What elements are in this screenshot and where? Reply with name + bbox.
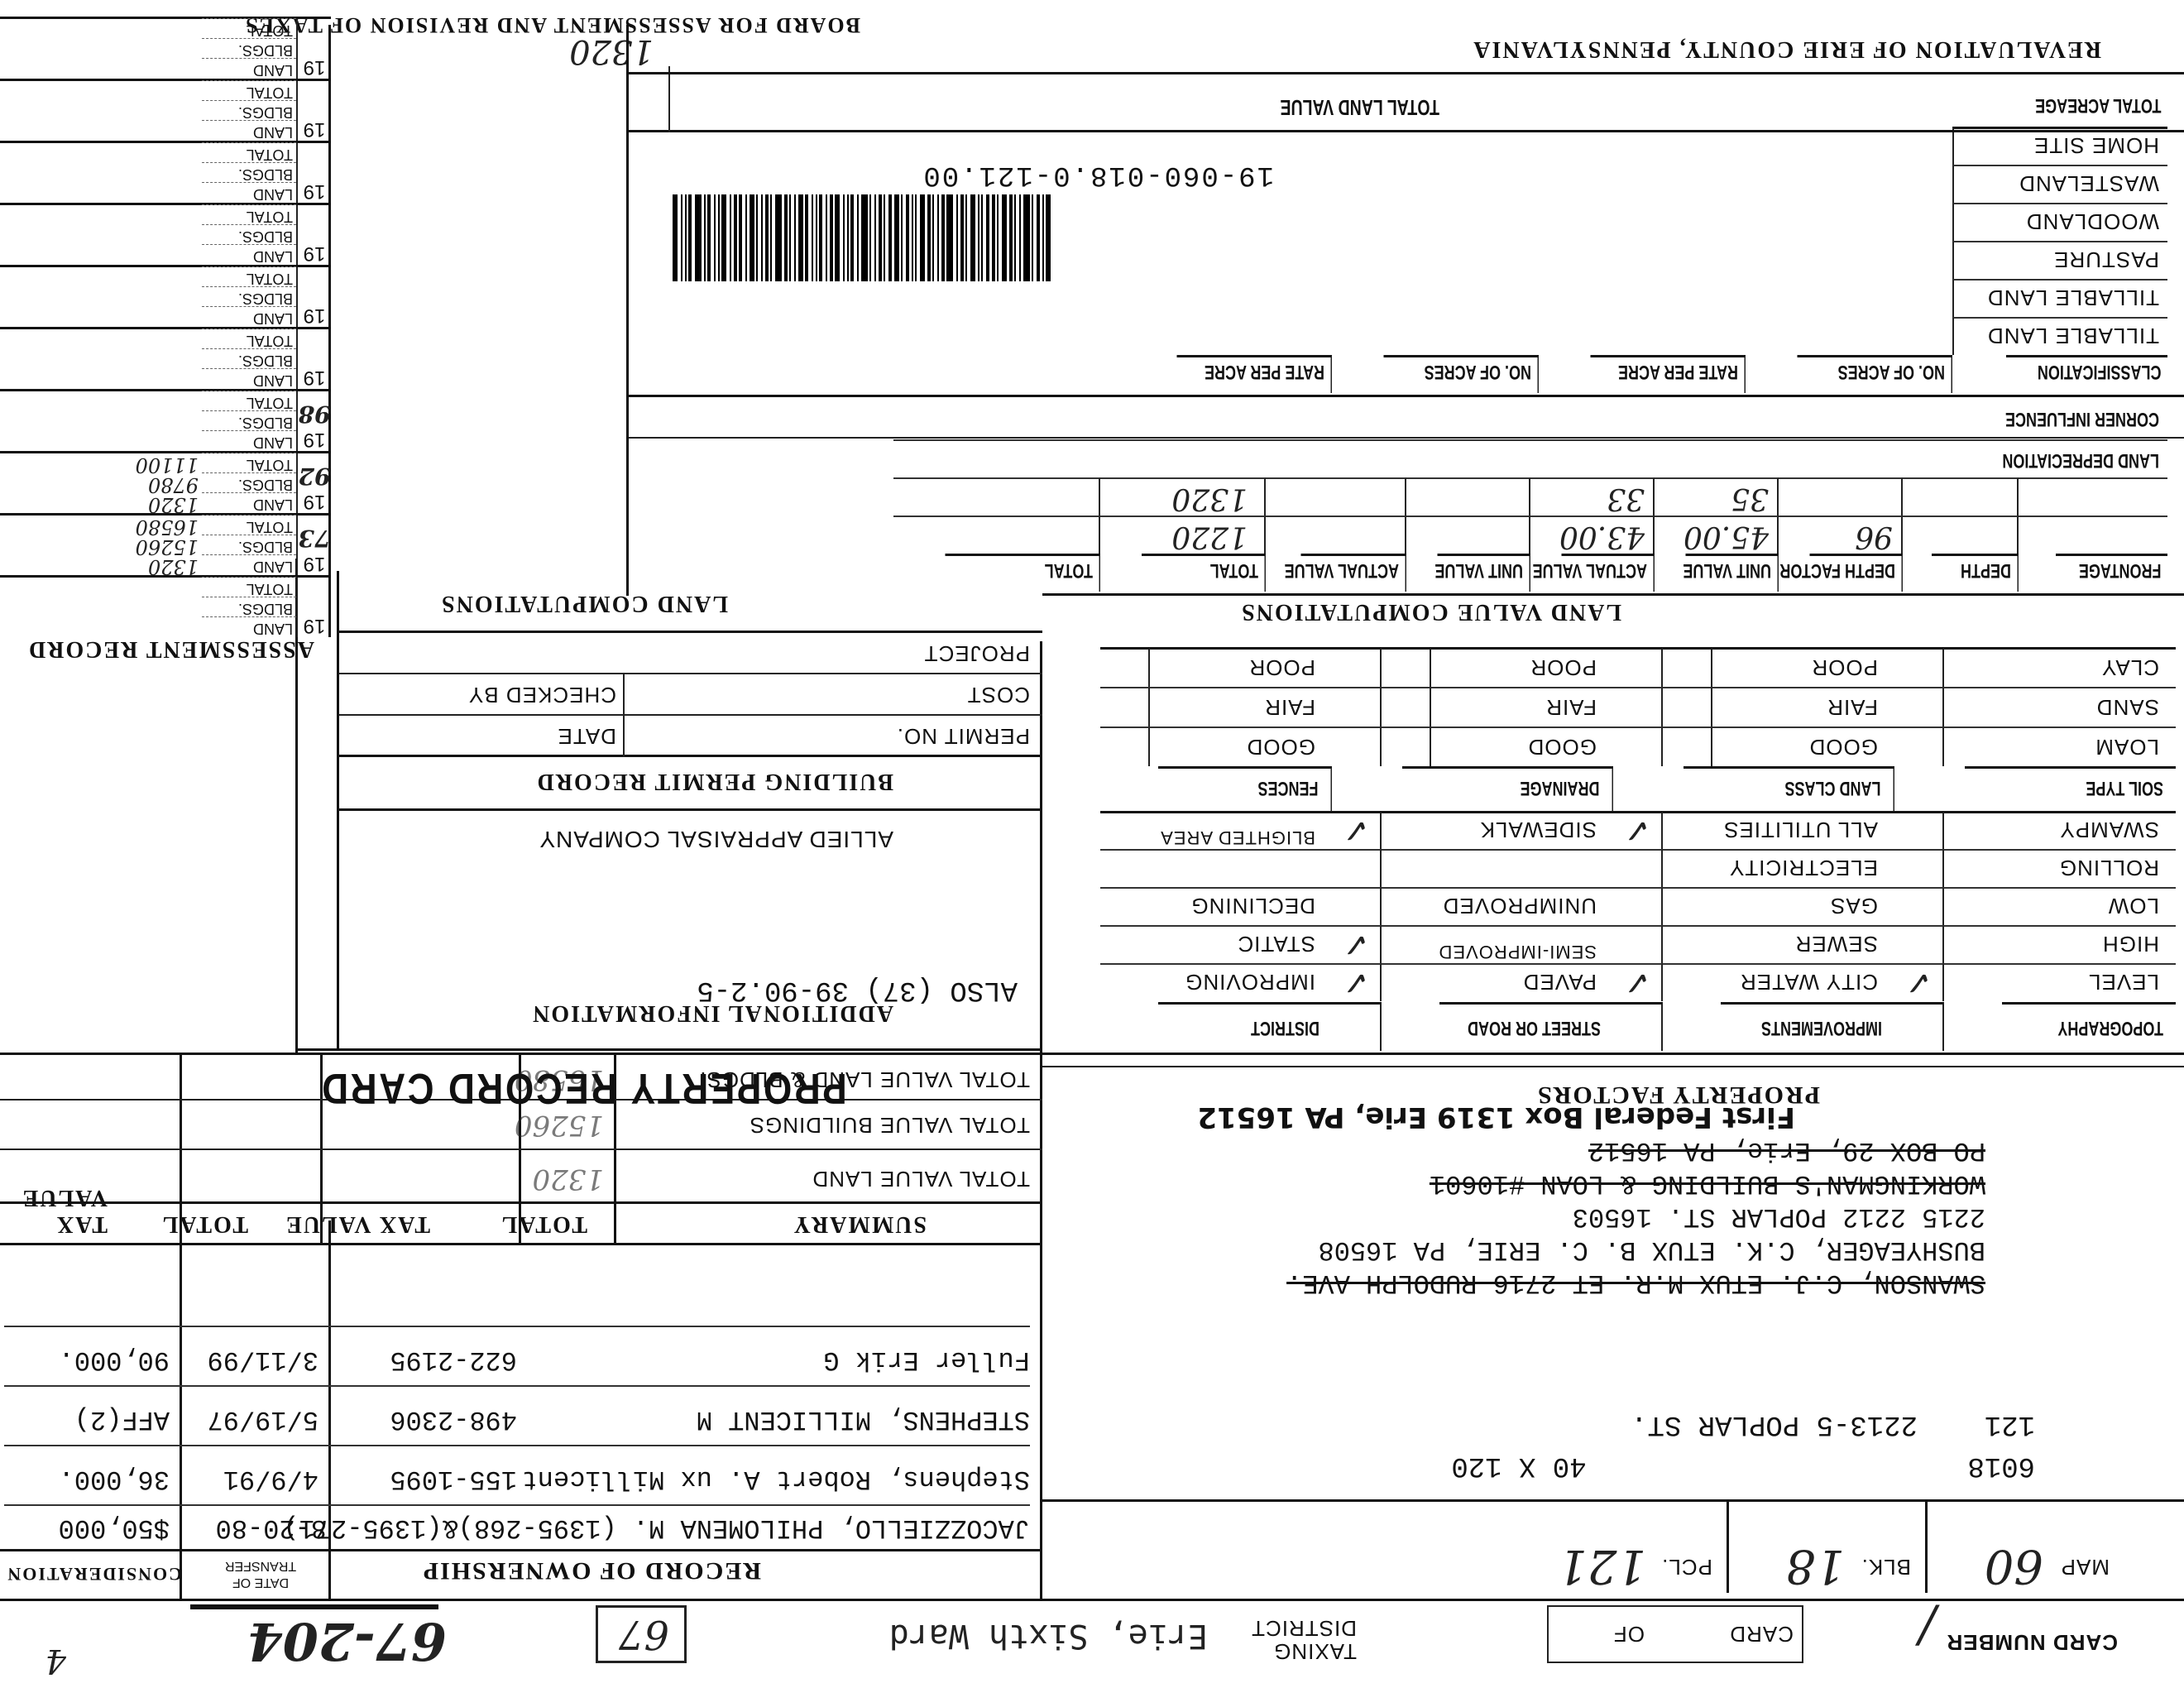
soil-col-fences: FENCES bbox=[1158, 766, 1332, 811]
assessment-block: 19LANDBLDGS.TOTAL bbox=[0, 265, 331, 327]
map-label: MAP bbox=[2061, 1554, 2110, 1580]
assessment-row: TOTAL bbox=[202, 18, 296, 39]
soil-cell: POOR bbox=[1431, 647, 1613, 687]
assessment-row-label: TOTAL bbox=[247, 457, 293, 473]
deed-book: 155-1095 bbox=[390, 1464, 517, 1494]
taxing-district-value: Erie, Sixth Ward bbox=[889, 1617, 1208, 1655]
checkbox-fence-fair[interactable] bbox=[1100, 687, 1150, 727]
soil-cell: FAIR bbox=[1150, 687, 1332, 727]
assessment-row-label: BLDGS. bbox=[238, 104, 293, 121]
assessment-row: BLDGS. bbox=[202, 597, 296, 617]
ref-number-suffix: 4 bbox=[45, 1642, 66, 1680]
assessment-row: LAND bbox=[202, 554, 296, 575]
pf-cell: ROLLING bbox=[1944, 849, 2176, 887]
property-record-card: CARD NUMBER / CARD OF TAXING DISTRICT Er… bbox=[0, 0, 2184, 1688]
year-prefix: 19 bbox=[304, 491, 326, 513]
pf-cell: DECLINING bbox=[1100, 887, 1332, 925]
assessment-value[interactable]: 11100 bbox=[136, 453, 199, 477]
card-of-box[interactable]: CARD OF bbox=[1547, 1605, 1803, 1663]
class-row: WASTELAND bbox=[1952, 165, 2167, 203]
assessment-value[interactable]: 1320 bbox=[148, 493, 199, 516]
checkbox-blank[interactable] bbox=[1332, 849, 1382, 887]
soil-col-land-class: LAND CLASS bbox=[1683, 766, 1894, 811]
lv-total: 1220 bbox=[1100, 516, 1266, 554]
card-number-value: / bbox=[1919, 1597, 1936, 1655]
appraisal-company: ALLIED APPRAISAL COMPANY bbox=[539, 826, 893, 852]
checkbox-drain-fair[interactable] bbox=[1382, 687, 1431, 727]
class-col-rate-2: RATE PER ACRE bbox=[1177, 355, 1333, 393]
owner-line: PO BOX 29, Erie, PA 16512 bbox=[1197, 1134, 1985, 1167]
taxing-district-label: TAXING DISTRICT bbox=[1241, 1617, 1357, 1663]
assessment-row-label: LAND bbox=[253, 621, 293, 637]
ref-number: 67-204 bbox=[247, 1611, 447, 1671]
property-line1: 6018 40 X 120 bbox=[1451, 1450, 2035, 1481]
assessment-record-title: ASSESSMENT RECORD bbox=[27, 635, 314, 662]
property-factors-title: PROPERTY FACTORS bbox=[1536, 1081, 1820, 1109]
box-number: 67 bbox=[596, 1605, 687, 1663]
assessment-block: 1992LAND1320BLDGS.9780TOTAL11100 bbox=[0, 451, 331, 513]
soil-cell: POOR bbox=[1150, 647, 1332, 687]
pf-col-improvements: IMPROVEMENTS bbox=[1721, 1002, 1894, 1051]
ownership-row: Stephens, Robert A. ux Millicent 155-109… bbox=[4, 1446, 1030, 1506]
transfer-date: 5/19/97 bbox=[208, 1404, 318, 1435]
year-prefix: 19 bbox=[304, 615, 326, 637]
pf-cell: SEWER bbox=[1663, 925, 1894, 963]
summary-row-buildings: TOTAL VALUE BUILDINGS bbox=[750, 1112, 1030, 1138]
assessment-row-label: LAND bbox=[253, 434, 293, 451]
soil-cell: GOOD bbox=[1150, 727, 1332, 766]
lv-unit-value: 45.00 bbox=[1655, 516, 1779, 554]
date-of-transfer-header: DATE OF TRANSFER bbox=[199, 1557, 323, 1590]
transfer-date: 8-20-80 bbox=[216, 1513, 327, 1543]
summary-title: SUMMARY bbox=[793, 1211, 927, 1237]
assessment-row: TOTAL bbox=[202, 204, 296, 225]
ownership-row: Fuller Erik G 622-2195 3/11/99 90,000. bbox=[4, 1326, 1030, 1387]
year-value: 92 bbox=[298, 463, 331, 490]
pf-cell: UNIMPROVED bbox=[1382, 887, 1613, 925]
building-permit-title: BUILDING PERMIT RECORD bbox=[536, 768, 893, 794]
assessment-block: 19LANDBLDGS.TOTAL bbox=[0, 575, 331, 637]
checkbox-drain-good[interactable] bbox=[1382, 727, 1431, 766]
assessment-row: BLDGS. bbox=[202, 100, 296, 121]
class-col-acres-2: NO. OF ACRES bbox=[1384, 355, 1540, 393]
assessment-row: LAND bbox=[202, 182, 296, 203]
year-prefix: 19 bbox=[304, 305, 326, 327]
assessment-row-label: TOTAL bbox=[247, 395, 293, 411]
board-title: BOARD FOR ASSESSMENT AND REVISION OF TAX… bbox=[244, 12, 860, 37]
assessment-value[interactable]: 15260 bbox=[136, 535, 199, 559]
assessment-row: TOTAL bbox=[202, 515, 296, 535]
assessment-row: TOTAL bbox=[202, 328, 296, 349]
assessment-row-label: LAND bbox=[253, 372, 293, 389]
classification-table: CLASSIFICATION NO. OF ACRES RATE PER ACR… bbox=[1092, 89, 2167, 393]
year-cell: 1992 bbox=[296, 453, 331, 513]
assessment-block: 1973LAND1320BLDGS.15260TOTAL16580 bbox=[0, 513, 331, 575]
checkbox-rolling[interactable] bbox=[1894, 849, 1944, 887]
checkbox-sidewalk[interactable]: ✓ bbox=[1332, 811, 1382, 849]
blk-label: BLK. bbox=[1861, 1554, 1911, 1580]
total-land-value-label: TOTAL LAND VALUE bbox=[1281, 94, 1439, 120]
pf-col-district: DISTRICT bbox=[1158, 1002, 1332, 1051]
assessment-row-label: TOTAL bbox=[247, 84, 293, 101]
card-title: PROPERTY RECORD CARD bbox=[320, 1063, 847, 1113]
lv-col-actual-value-2: ACTUAL VALUE bbox=[1301, 554, 1407, 592]
assessment-row: LAND bbox=[202, 492, 296, 513]
assessment-row-label: BLDGS. bbox=[238, 415, 293, 431]
transfer-date: 4/9/91 bbox=[223, 1464, 318, 1494]
owner-name: JACOZZIELLO, PHILOMENA M. (1395-268)&(13… bbox=[283, 1513, 1030, 1543]
assessment-row-label: TOTAL bbox=[247, 519, 293, 535]
permit-project-label: PROJECT bbox=[924, 640, 1030, 666]
summary-value-land: 1320 bbox=[532, 1163, 604, 1196]
pcl-label: PCL. bbox=[1661, 1554, 1712, 1580]
assessment-row: TOTAL bbox=[202, 391, 296, 411]
soil-cell: FAIR bbox=[1712, 687, 1894, 727]
assessment-row: LAND bbox=[202, 244, 296, 265]
year-cell: 19 bbox=[296, 578, 331, 637]
assessment-row-label: BLDGS. bbox=[238, 352, 293, 369]
year-prefix: 19 bbox=[304, 56, 326, 79]
checkbox-sand[interactable] bbox=[1894, 687, 1944, 727]
card-number-label: CARD NUMBER bbox=[1947, 1630, 2118, 1655]
year-cell: 19 bbox=[296, 329, 331, 389]
owner-line: 2215 2212 POPLAR ST. 16503 bbox=[1197, 1200, 1985, 1233]
lv-depth-factor: 96 bbox=[1779, 516, 1903, 554]
assessment-row-label: TOTAL bbox=[247, 581, 293, 597]
soil-cell: GOOD bbox=[1431, 727, 1613, 766]
checkbox-loam[interactable] bbox=[1894, 727, 1944, 766]
property-factors-table: TOPOGRAPHY IMPROVEMENTS STREET OR ROAD D… bbox=[1042, 1002, 2176, 1051]
of-label: OF bbox=[1613, 1621, 1645, 1647]
year-cell: 1973 bbox=[296, 516, 331, 575]
year-cell: 19 bbox=[296, 81, 331, 141]
assessment-row-label: TOTAL bbox=[247, 209, 293, 225]
assessment-block: 19LANDBLDGS.TOTAL bbox=[0, 79, 331, 141]
soil-cell: GOOD bbox=[1712, 727, 1894, 766]
corner-influence-label: CORNER INFLUENCE bbox=[2005, 407, 2159, 430]
summary-right-total-header: TOTAL bbox=[161, 1211, 248, 1237]
consideration: $50,000 bbox=[59, 1513, 170, 1543]
pf-col-street: STREET OR ROAD bbox=[1439, 1002, 1613, 1051]
assessment-row: BLDGS. bbox=[202, 286, 296, 307]
assessment-row: BLDGS. bbox=[202, 348, 296, 369]
class-row: PASTURE bbox=[1952, 241, 2167, 279]
pf-cell: LOW bbox=[1944, 887, 2176, 925]
pf-cell: BLIGHTED AREA bbox=[1100, 811, 1332, 849]
soil-cell: FAIR bbox=[1431, 687, 1613, 727]
assessment-row-label: TOTAL bbox=[247, 22, 293, 39]
card-label: CARD bbox=[1729, 1621, 1794, 1647]
land-computations-label: LAND COMPUTATIONS bbox=[440, 590, 728, 616]
year-cell: 1998 bbox=[296, 391, 331, 451]
assessment-row-label: BLDGS. bbox=[238, 166, 293, 183]
pf-cell: SEMI-IMPROVED bbox=[1382, 925, 1613, 963]
deed-book: 498-2306 bbox=[390, 1404, 517, 1435]
total-land-value: 1320 bbox=[569, 32, 654, 70]
year-cell: 19 bbox=[296, 267, 331, 327]
parcel-number: 121 bbox=[1985, 1408, 2035, 1440]
summary-value-buildings: 15260 bbox=[515, 1109, 604, 1142]
year-prefix: 19 bbox=[304, 180, 326, 203]
pcl-value[interactable]: 121 bbox=[1558, 1539, 1646, 1593]
lv-col-depth-factor: DEPTH FACTOR bbox=[1810, 554, 1904, 592]
assessment-row-label: BLDGS. bbox=[238, 290, 293, 307]
total-acreage-label: TOTAL ACREAGE bbox=[2006, 89, 2167, 127]
assessment-row: BLDGS. bbox=[202, 410, 296, 431]
soil-col-type: SOIL TYPE bbox=[1965, 766, 2176, 811]
lv-col-frontage: FRONTAGE bbox=[2056, 554, 2167, 592]
checkbox-land-good[interactable] bbox=[1663, 727, 1712, 766]
assessment-row-label: TOTAL bbox=[247, 271, 293, 287]
consideration-header: CONSIDERATION bbox=[6, 1563, 182, 1585]
assessment-value[interactable]: 1320 bbox=[148, 555, 199, 578]
year-cell: 19 bbox=[296, 205, 331, 265]
assessment-row: LAND bbox=[202, 430, 296, 451]
assessment-row-label: TOTAL bbox=[247, 333, 293, 349]
checkbox-clay[interactable] bbox=[1894, 647, 1944, 687]
parcel-id-row: MAP 60 BLK. 18 PCL. 121 bbox=[1042, 1502, 2126, 1593]
lv-col-unit-value: UNIT VALUE bbox=[1686, 554, 1779, 592]
year-prefix: 19 bbox=[304, 118, 326, 141]
assessment-row: LAND bbox=[202, 120, 296, 141]
assessment-row: LAND bbox=[202, 58, 296, 79]
land-value-title: LAND VALUE COMPUTATIONS bbox=[1240, 598, 1621, 625]
checkbox-level[interactable]: ✓ bbox=[1894, 963, 1944, 1001]
pf-cell: SWAMPY bbox=[1944, 811, 2176, 849]
lv-col-unit-value-2: UNIT VALUE bbox=[1438, 554, 1531, 592]
owner-name: Stephens, Robert A. ux Millicent bbox=[522, 1464, 1031, 1494]
assessment-row-label: BLDGS. bbox=[238, 539, 293, 555]
ownership-row: JACOZZIELLO, PHILOMENA M. (1395-268)&(13… bbox=[4, 1506, 1030, 1543]
soil-cell: POOR bbox=[1712, 647, 1894, 687]
lv-actual-value: 43.00 bbox=[1530, 516, 1655, 554]
year-cell: 19 bbox=[296, 19, 331, 79]
pf-cell: CITY WATER bbox=[1663, 963, 1894, 1001]
assessment-row-label: LAND bbox=[253, 62, 293, 79]
checkbox-static[interactable]: ✓ bbox=[1332, 925, 1382, 963]
summary-right-tax-header: TAX VALUE bbox=[0, 1184, 108, 1237]
soil-cell: CLAY bbox=[1944, 647, 2176, 687]
ownership-row: STEPHENS, MILLICENT M 498-2306 5/19/97 A… bbox=[4, 1387, 1030, 1446]
lv-total: 1320 bbox=[1100, 477, 1266, 516]
pf-cell: STATIC bbox=[1100, 925, 1332, 963]
lot-dimensions: 40 X 120 bbox=[1451, 1450, 1586, 1481]
checkbox-land-poor[interactable] bbox=[1663, 647, 1712, 687]
year-prefix: 19 bbox=[304, 367, 326, 389]
consideration: AFF(2) bbox=[74, 1404, 170, 1435]
owner-history: SWANSON, C.J. ETUX M.R. ET 2716 RUDOLPH … bbox=[1197, 1101, 1985, 1299]
assessment-value[interactable]: 16580 bbox=[136, 516, 199, 539]
assessment-row: LAND bbox=[202, 368, 296, 389]
transfer-date: 3/11/99 bbox=[208, 1345, 318, 1375]
owner-line: BUSHYEAGER, C.K. ETUX B. C. ERIE, PA 165… bbox=[1197, 1233, 1985, 1266]
assessment-table: 19LANDBLDGS.TOTAL1973LAND1320BLDGS.15260… bbox=[0, 17, 331, 637]
property-code: 6018 bbox=[1967, 1450, 2035, 1481]
year-cell: 19 bbox=[296, 143, 331, 203]
pf-cell: IMPROVING bbox=[1100, 963, 1332, 1001]
assessment-block: 19LANDBLDGS.TOTAL bbox=[0, 141, 331, 203]
assessment-row-label: BLDGS. bbox=[238, 42, 293, 59]
assessment-row-label: LAND bbox=[253, 186, 293, 203]
lv-col-actual-value: ACTUAL VALUE bbox=[1562, 554, 1655, 592]
owner-line: SWANSON, C.J. ETUX M.R. ET 2716 RUDOLPH … bbox=[1197, 1266, 1985, 1299]
owner-name: STEPHENS, MILLICENT M bbox=[697, 1404, 1030, 1435]
assessment-row-label: LAND bbox=[253, 310, 293, 327]
assessment-row: TOTAL bbox=[202, 453, 296, 473]
deed-book: 622-2195 bbox=[390, 1345, 517, 1375]
revaluation-title: REVALUATION OF ERIE COUNTY, PENNSYLVANIA bbox=[1472, 36, 2101, 62]
assessment-block: 19LANDBLDGS.TOTAL bbox=[0, 203, 331, 265]
class-col-classification: CLASSIFICATION bbox=[2006, 355, 2167, 393]
property-line2: 121 2213-5 POPLAR ST. bbox=[1631, 1408, 2035, 1440]
ownership-title: RECORD OF OWNERSHIP bbox=[422, 1556, 761, 1585]
assessment-row: TOTAL bbox=[202, 577, 296, 597]
assessment-row-label: LAND bbox=[253, 559, 293, 575]
summary-row-land: TOTAL VALUE LAND bbox=[812, 1166, 1030, 1192]
pf-cell: LEVEL bbox=[1944, 963, 2176, 1001]
lv-actual-value: 33 bbox=[1530, 477, 1655, 516]
class-col-rate: RATE PER ACRE bbox=[1591, 355, 1746, 393]
summary-tax-header: TAX VALUE bbox=[285, 1211, 430, 1237]
barcode bbox=[405, 194, 1051, 281]
assessment-row: TOTAL bbox=[202, 80, 296, 101]
assessment-row: BLDGS. bbox=[202, 162, 296, 183]
assessment-row: TOTAL bbox=[202, 266, 296, 287]
assessment-block: 19LANDBLDGS.TOTAL bbox=[0, 327, 331, 389]
assessment-row: LAND bbox=[202, 306, 296, 327]
parcel-id-number: 19-060-018.0-121.00 bbox=[922, 159, 1274, 190]
permit-cost-label: COST bbox=[967, 682, 1030, 707]
pf-cell: SIDEWALK bbox=[1382, 811, 1613, 849]
lv-col-total: TOTAL bbox=[1142, 554, 1266, 592]
assessment-row-label: LAND bbox=[253, 496, 293, 513]
soil-cell: SAND bbox=[1944, 687, 2176, 727]
class-row: TILLABLE LAND bbox=[1952, 279, 2167, 317]
assessment-row-label: LAND bbox=[253, 124, 293, 141]
checkbox-paved[interactable]: ✓ bbox=[1332, 963, 1382, 1001]
class-col-acres: NO. OF ACRES bbox=[1798, 355, 1953, 393]
assessment-block: 1998LANDBLDGS.TOTAL bbox=[0, 389, 331, 451]
checkbox-city-water[interactable]: ✓ bbox=[1613, 963, 1663, 1001]
summary-total-header: TOTAL bbox=[500, 1211, 587, 1237]
class-row: TILLABLE LAND bbox=[1952, 317, 2167, 355]
assessment-row-label: BLDGS. bbox=[238, 228, 293, 245]
assessment-row: BLDGS. bbox=[202, 38, 296, 59]
checkbox-electricity[interactable] bbox=[1613, 849, 1663, 887]
assessment-value[interactable]: 9780 bbox=[148, 473, 199, 496]
pf-cell: ELECTRICITY bbox=[1663, 849, 1894, 887]
assessment-block: 19LANDBLDGS.TOTAL bbox=[0, 17, 331, 79]
assessment-row-label: TOTAL bbox=[247, 146, 293, 163]
map-value[interactable]: 60 bbox=[1985, 1539, 2043, 1593]
land-depreciation-label: LAND DEPRECIATION bbox=[2002, 448, 2159, 472]
pf-col-topography: TOPOGRAPHY bbox=[2002, 1002, 2176, 1051]
year-prefix: 19 bbox=[304, 429, 326, 451]
consideration: 90,000. bbox=[59, 1345, 170, 1375]
owner-line: WORKINGMAN'S BUILDING & LOAN #10601 bbox=[1197, 1167, 1985, 1200]
assessment-row-label: BLDGS. bbox=[238, 601, 293, 617]
checkbox-all-utilities[interactable]: ✓ bbox=[1613, 811, 1663, 849]
checkbox-sewer[interactable] bbox=[1613, 925, 1663, 963]
soil-col-drainage: DRAINAGE bbox=[1402, 766, 1613, 811]
property-address: 2213-5 POPLAR ST. bbox=[1631, 1408, 1918, 1440]
property-factors-rows: LEVEL ✓ CITY WATER ✓ PAVED ✓ IMPROVING H… bbox=[1042, 647, 2176, 1001]
class-row: WOODLAND bbox=[1952, 203, 2167, 241]
box-number-value: 67 bbox=[619, 1611, 669, 1657]
lv-col-depth: DEPTH bbox=[1932, 554, 2019, 592]
checkbox-declining[interactable] bbox=[1332, 887, 1382, 925]
soil-cell: LOAM bbox=[1944, 727, 2176, 766]
checkbox-low[interactable] bbox=[1894, 887, 1944, 925]
checkbox-drain-poor[interactable] bbox=[1382, 647, 1431, 687]
land-value-table: FRONTAGE DEPTH DEPTH FACTOR UNIT VALUE A… bbox=[629, 439, 2167, 592]
assessment-row: TOTAL bbox=[202, 142, 296, 163]
checkbox-high[interactable] bbox=[1894, 925, 1944, 963]
checkbox-fence-good[interactable] bbox=[1100, 727, 1150, 766]
card-number-label-text: CARD NUMBER bbox=[1947, 1630, 2118, 1655]
ownership-rows: JACOZZIELLO, PHILOMENA M. (1395-268)&(13… bbox=[4, 1326, 1030, 1543]
assessment-row: LAND bbox=[202, 616, 296, 637]
lv-col-total-2: TOTAL bbox=[946, 554, 1101, 592]
pf-cell: GAS bbox=[1663, 887, 1894, 925]
permit-date-label: DATE bbox=[558, 723, 616, 749]
permit-no-label: PERMIT NO. bbox=[897, 723, 1030, 749]
assessment-row: BLDGS. bbox=[202, 535, 296, 555]
pf-cell: HIGH bbox=[1944, 925, 2176, 963]
lv-unit-value: 35 bbox=[1655, 477, 1779, 516]
year-value: 98 bbox=[298, 400, 331, 428]
pf-cell: ALL UTILITIES bbox=[1663, 811, 1894, 849]
pf-cell bbox=[1382, 849, 1613, 887]
checkbox-fence-poor[interactable] bbox=[1100, 647, 1150, 687]
owner-name: Fuller Erik G bbox=[823, 1345, 1030, 1375]
assessment-row: BLDGS. bbox=[202, 472, 296, 493]
blk-value[interactable]: 18 bbox=[1786, 1539, 1845, 1593]
checkbox-land-fair[interactable] bbox=[1663, 687, 1712, 727]
assessment-row-label: BLDGS. bbox=[238, 477, 293, 493]
year-value: 73 bbox=[298, 525, 331, 552]
permit-checked-by-label: CHECKED BY bbox=[468, 682, 616, 707]
additional-info-text: ALSO (37) 39-90.2-5 bbox=[697, 974, 1018, 1005]
pf-cell bbox=[1100, 849, 1332, 887]
consideration: 36,000. bbox=[59, 1464, 170, 1494]
checkbox-swampy[interactable] bbox=[1894, 811, 1944, 849]
checkbox-gas[interactable] bbox=[1613, 887, 1663, 925]
date-of-transfer-label: DATE OF TRANSFER bbox=[225, 1559, 296, 1590]
assessment-row-label: LAND bbox=[253, 248, 293, 265]
year-prefix: 19 bbox=[304, 242, 326, 265]
pf-cell: PAVED bbox=[1382, 963, 1613, 1001]
year-prefix: 19 bbox=[304, 553, 326, 575]
assessment-row: BLDGS. bbox=[202, 224, 296, 245]
